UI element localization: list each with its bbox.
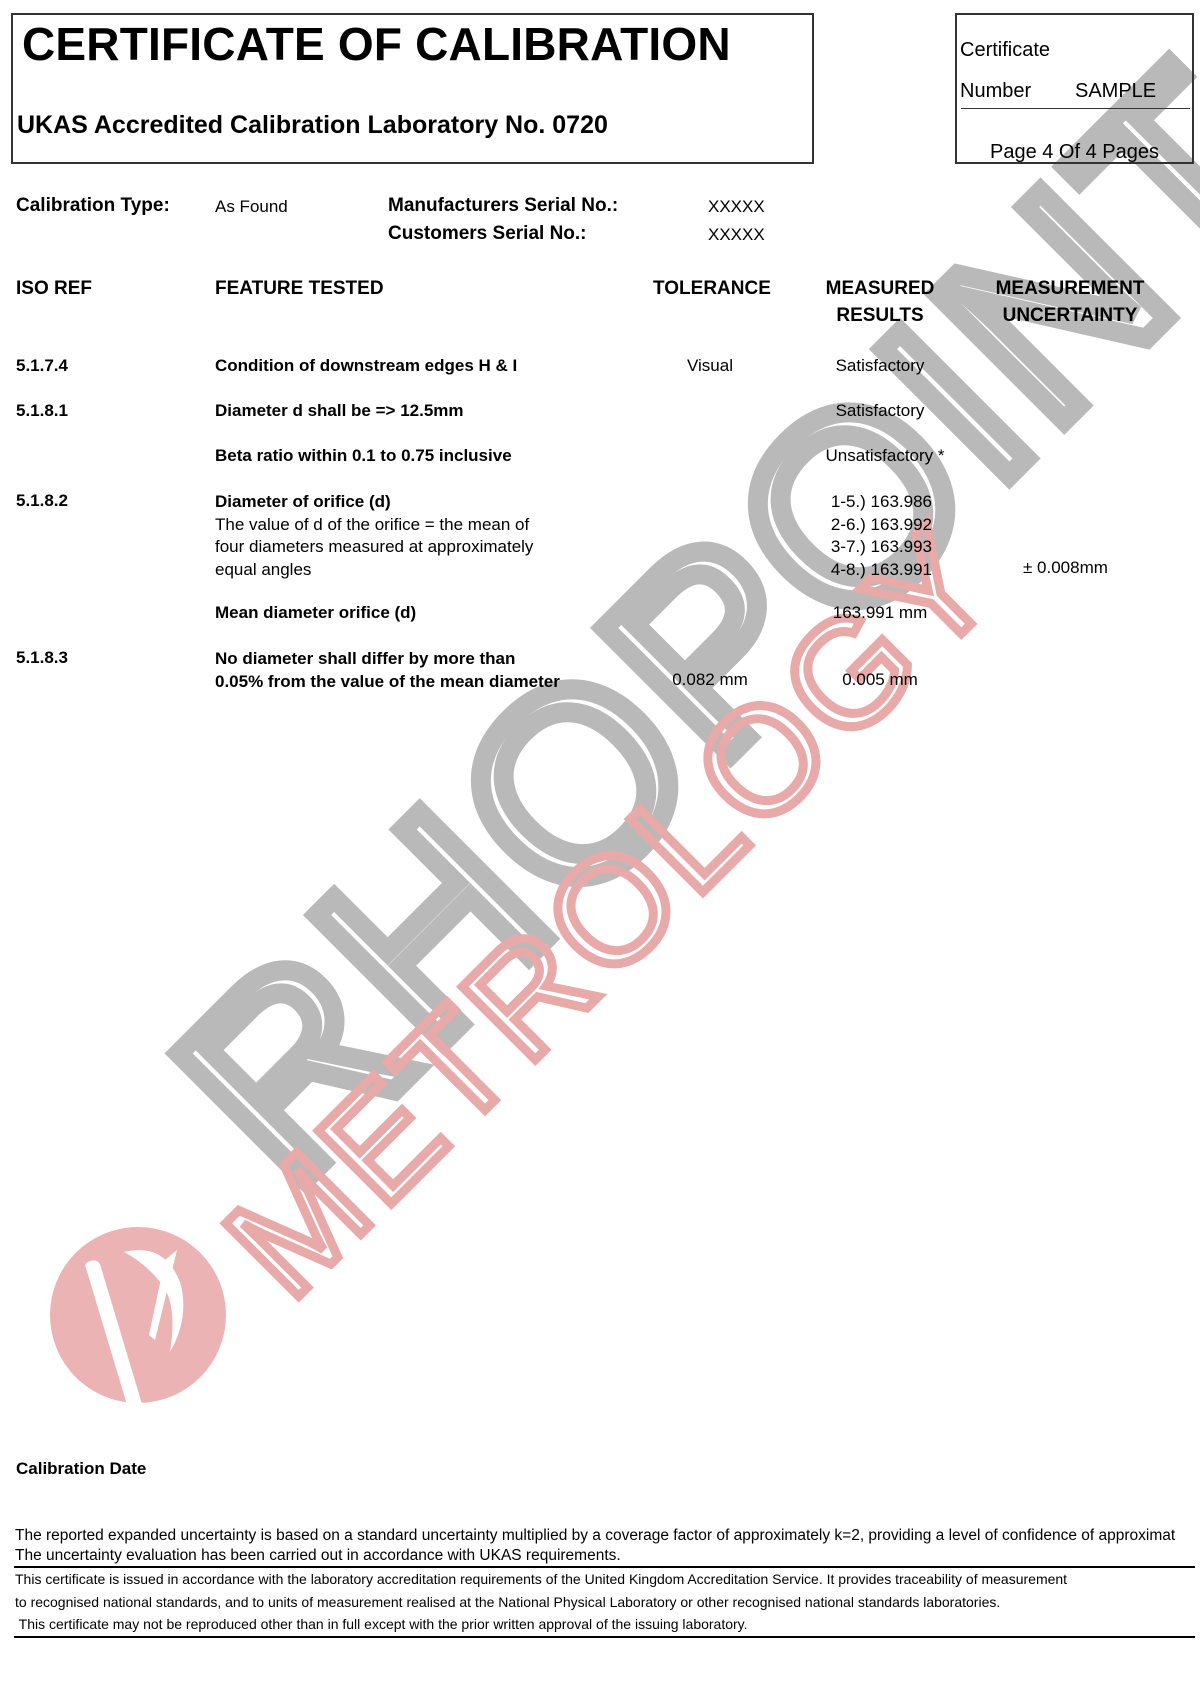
feature-tested: Diameter of orifice (d) The value of d o… (215, 491, 533, 581)
measured-result: 4-8.) 163.991 (780, 559, 932, 582)
feature-tested: Condition of downstream edges H & I (215, 356, 517, 376)
divider (961, 108, 1190, 109)
manufacturers-serial-label: Manufacturers Serial No.: (388, 195, 618, 217)
feature-detail: equal angles (215, 559, 533, 582)
measurement-uncertainty: ± 0.008mm (1023, 558, 1108, 578)
feature-detail: four diameters measured at approximately (215, 536, 533, 559)
certificate-title-box: CERTIFICATE OF CALIBRATION UKAS Accredit… (11, 13, 814, 164)
uncertainty-statement: The reported expanded uncertainty is bas… (15, 1527, 1175, 1545)
tolerance: Visual (640, 356, 780, 376)
measured-result: 3-7.) 163.993 (780, 536, 932, 559)
feature-tested: Beta ratio within 0.1 to 0.75 inclusive (215, 446, 512, 466)
measured-result: Satisfactory (800, 356, 960, 376)
lab-accreditation-line: UKAS Accredited Calibration Laboratory N… (17, 111, 608, 140)
measured-results-list: 1-5.) 163.986 2-6.) 163.992 3-7.) 163.99… (780, 491, 932, 581)
feature-tested: Mean diameter orifice (d) (215, 603, 416, 623)
reproduction-statement: This certificate may not be reproduced o… (15, 1616, 748, 1632)
customers-serial-label: Customers Serial No.: (388, 223, 587, 245)
iso-ref: 5.1.8.3 (16, 648, 68, 668)
measured-result: 163.991 mm (800, 603, 960, 623)
measured-result: Satisfactory (800, 401, 960, 421)
certificate-number-value: SAMPLE (1075, 80, 1156, 103)
calibration-type-label: Calibration Type: (16, 195, 170, 217)
column-header-measurement-uncertainty: MEASUREMENT UNCERTAINTY (980, 275, 1160, 329)
column-header-feature-tested: FEATURE TESTED (215, 275, 384, 302)
manufacturers-serial-value: XXXXX (708, 197, 765, 217)
accreditation-statement: to recognised national standards, and to… (15, 1594, 1000, 1610)
measured-result: 1-5.) 163.986 (780, 491, 932, 514)
certificate-label: Certificate (960, 39, 1050, 62)
feature-title: Diameter of orifice (d) (215, 491, 533, 514)
divider (14, 1566, 1195, 1568)
header-line: MEASUREMENT (980, 275, 1160, 302)
certificate-title: CERTIFICATE OF CALIBRATION (22, 17, 731, 71)
feature-detail: The value of d of the orifice = the mean… (215, 514, 533, 537)
column-header-measured-results: MEASURED RESULTS (800, 275, 960, 329)
rho-logo-icon (50, 1227, 226, 1414)
column-header-iso-ref: ISO REF (16, 275, 92, 302)
header-line: MEASURED (800, 275, 960, 302)
iso-ref: 5.1.7.4 (16, 356, 68, 376)
page-indicator: Page 4 Of 4 Pages (957, 141, 1192, 164)
rhopoint-metrology-watermark: RHOPOINT METROLOGY (0, 0, 1200, 1698)
uncertainty-statement: The uncertainty evaluation has been carr… (15, 1547, 621, 1565)
measured-result: 0.005 mm (800, 670, 960, 690)
header-line: UNCERTAINTY (980, 302, 1160, 329)
measured-result: 2-6.) 163.992 (780, 514, 932, 537)
column-header-tolerance: TOLERANCE (653, 275, 771, 302)
iso-ref: 5.1.8.1 (16, 401, 68, 421)
tolerance: 0.082 mm (640, 670, 780, 690)
feature-line: No diameter shall differ by more than (215, 648, 560, 671)
feature-tested: No diameter shall differ by more than 0.… (215, 648, 560, 693)
calibration-type-value: As Found (215, 197, 288, 217)
iso-ref: 5.1.8.2 (16, 491, 68, 511)
measured-result: Unsatisfactory * (800, 446, 970, 466)
header-line: RESULTS (800, 302, 960, 329)
calibration-date-label: Calibration Date (16, 1459, 146, 1479)
number-label: Number (960, 80, 1031, 103)
feature-tested: Diameter d shall be => 12.5mm (215, 401, 464, 421)
divider (14, 1636, 1195, 1638)
customers-serial-value: XXXXX (708, 225, 765, 245)
feature-line: 0.05% from the value of the mean diamete… (215, 671, 560, 694)
accreditation-statement: This certificate is issued in accordance… (15, 1571, 1067, 1587)
certificate-number-box: Certificate Number SAMPLE Page 4 Of 4 Pa… (955, 13, 1194, 164)
